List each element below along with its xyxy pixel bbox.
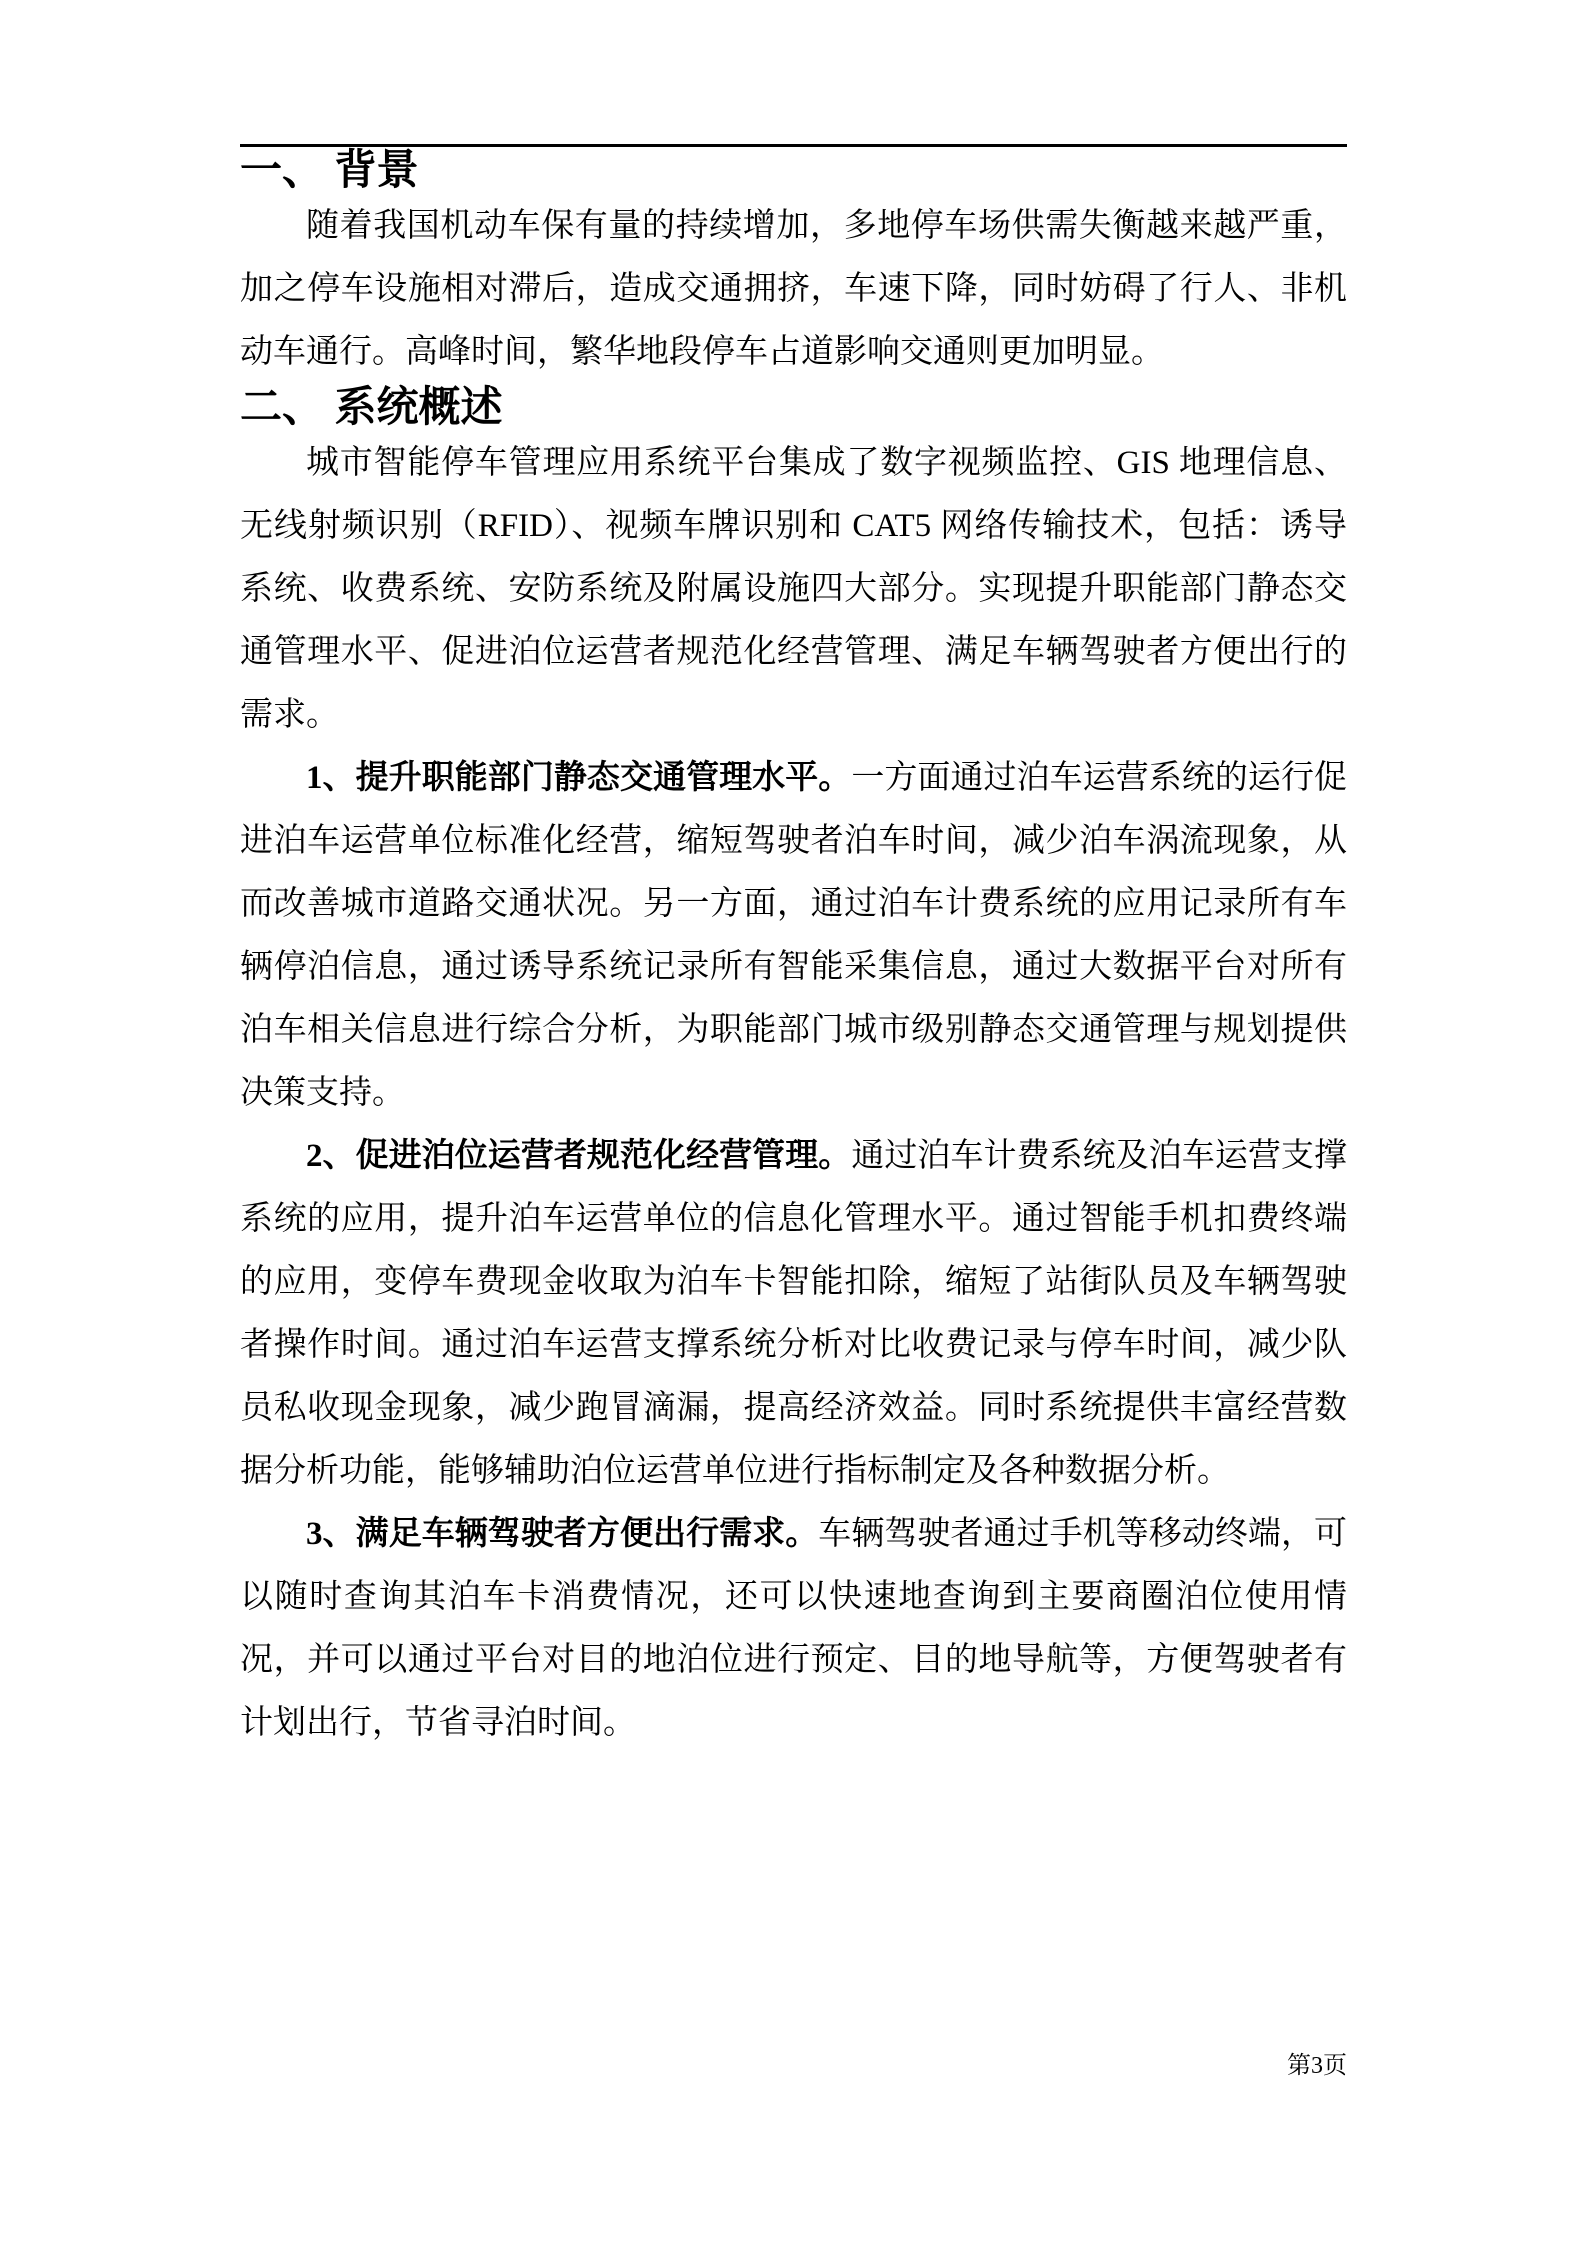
paragraph-overview-intro: 城市智能停车管理应用系统平台集成了数字视频监控、GIS 地理信息、无线射频识别（…: [240, 432, 1347, 747]
section-heading-system-overview: 二、 系统概述: [240, 384, 1347, 432]
page-content: 一、 背景 随着我国机动车保有量的持续增加，多地停车场供需失衡越来越严重，加之停…: [240, 144, 1347, 1755]
paragraph-point-3: 3、满足车辆驾驶者方便出行需求。车辆驾驶者通过手机等移动终端，可以随时查询其泊车…: [240, 1503, 1347, 1755]
page-footer: 第3页: [1287, 2051, 1347, 2081]
paragraph-point-2: 2、促进泊位运营者规范化经营管理。通过泊车计费系统及泊车运营支撑系统的应用，提升…: [240, 1125, 1347, 1503]
paragraph-text: 随着我国机动车保有量的持续增加，多地停车场供需失衡越来越严重，加之停车设施相对滞…: [240, 208, 1347, 370]
paragraph-text: 通过泊车计费系统及泊车运营支撑系统的应用，提升泊车运营单位的信息化管理水平。通过…: [240, 1138, 1347, 1489]
section-heading-background: 一、 背景: [240, 147, 1347, 195]
paragraph-point-1: 1、提升职能部门静态交通管理水平。一方面通过泊车运营系统的运行促进泊车运营单位标…: [240, 747, 1347, 1125]
paragraph-background: 随着我国机动车保有量的持续增加，多地停车场供需失衡越来越严重，加之停车设施相对滞…: [240, 195, 1347, 384]
paragraph-bold-lead: 1、提升职能部门静态交通管理水平。: [306, 760, 851, 796]
page-number: 第3页: [1287, 2053, 1347, 2079]
paragraph-text: 城市智能停车管理应用系统平台集成了数字视频监控、GIS 地理信息、无线射频识别（…: [240, 445, 1347, 733]
paragraph-bold-lead: 3、满足车辆驾驶者方便出行需求。: [306, 1516, 818, 1552]
paragraph-text: 一方面通过泊车运营系统的运行促进泊车运营单位标准化经营，缩短驾驶者泊车时间，减少…: [240, 760, 1347, 1111]
document-page: 一、 背景 随着我国机动车保有量的持续增加，多地停车场供需失衡越来越严重，加之停…: [0, 0, 1587, 2245]
paragraph-bold-lead: 2、促进泊位运营者规范化经营管理。: [306, 1138, 851, 1174]
